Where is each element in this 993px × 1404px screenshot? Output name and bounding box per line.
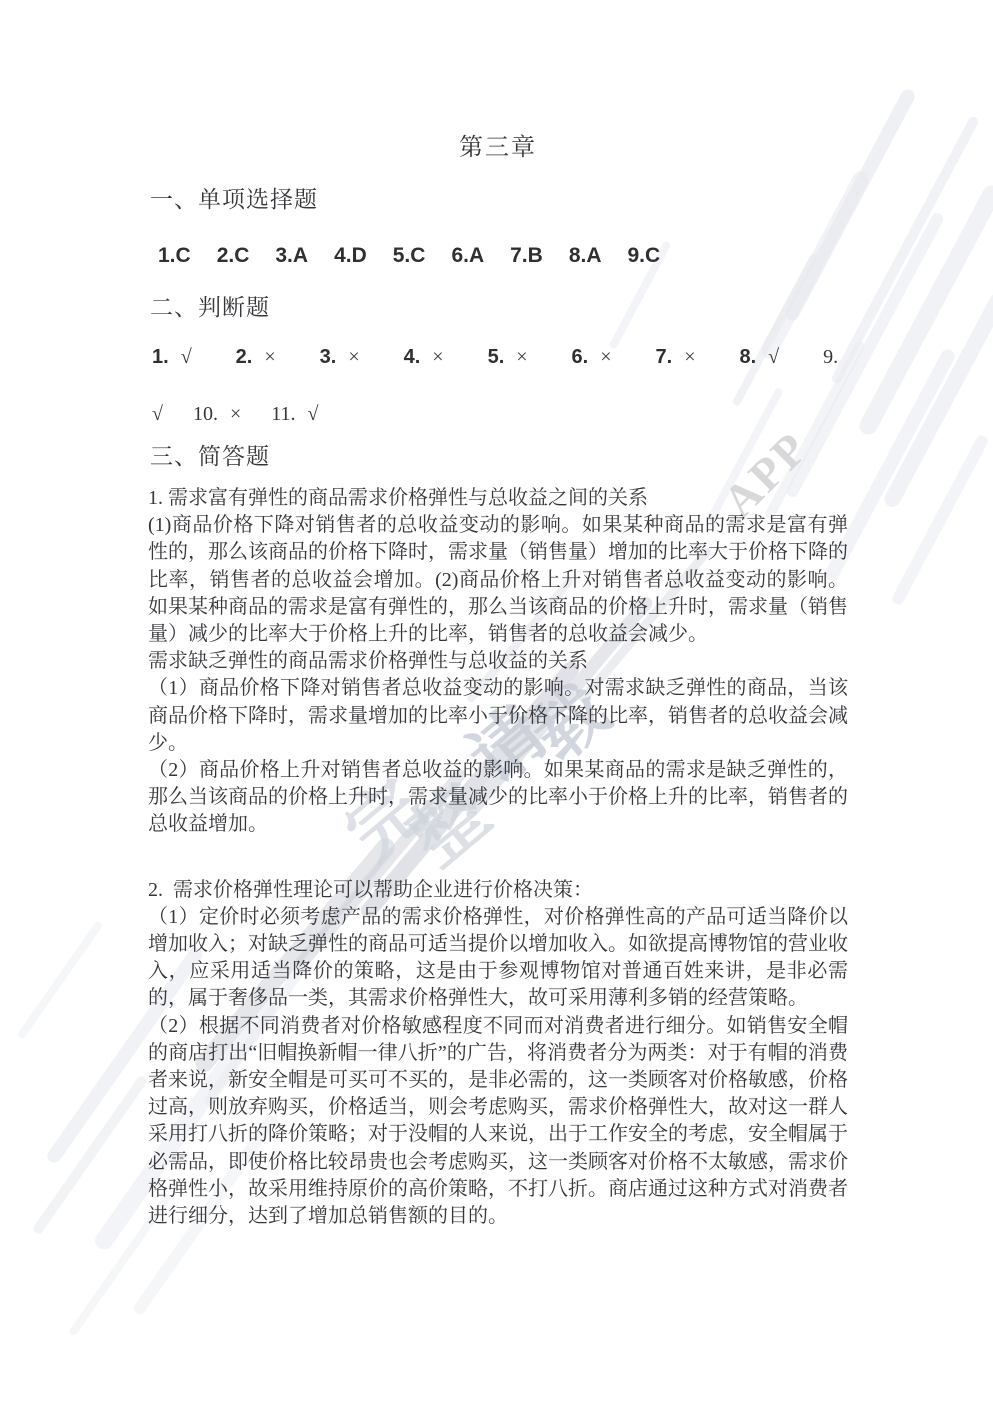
tf-answer: 6.× (572, 343, 612, 371)
tf-number: 6. (572, 343, 589, 371)
tf-answer: √ (152, 400, 163, 428)
mc-answer: 5.C (393, 242, 426, 270)
paragraph: 1. 需求富有弹性的商品需求价格弹性与总收益之间的关系 (148, 485, 848, 512)
cross-mark: × (348, 343, 359, 371)
true-false-answers-line2: √10.×11.√ (152, 400, 848, 428)
tf-number: 8. (739, 343, 756, 371)
tf-number: 9. (823, 343, 838, 371)
cross-mark: × (264, 343, 275, 371)
tf-number: 5. (488, 343, 505, 371)
paragraph: （1）定价时必须考虑产品的需求价格弹性，对价格弹性高的产品可适当降价以增加收入；… (148, 904, 848, 1013)
mc-answer: 2.C (217, 242, 250, 270)
document-content: 第三章 一、单项选择题 1.C2.C3.A4.D5.C6.A7.B8.A9.C … (148, 0, 848, 1230)
cross-mark: × (684, 343, 695, 371)
multiple-choice-answers: 1.C2.C3.A4.D5.C6.A7.B8.A9.C (158, 242, 848, 270)
true-false-answers-line1: 1.√2.×3.×4.×5.×6.×7.×8.√9. (152, 343, 848, 371)
tf-number: 11. (271, 400, 295, 428)
mc-answer: 4.D (334, 242, 367, 270)
paragraph: 2. 需求价格弹性理论可以帮助企业进行价格决策： (148, 877, 848, 904)
watermark-streak (17, 920, 104, 1039)
cross-mark: × (432, 343, 443, 371)
paragraph: （1）商品价格下降对销售者总收益变动的影响。对需求缺乏弹性的商品，当该商品价格下… (148, 675, 848, 757)
cross-mark: × (600, 343, 611, 371)
mc-answer: 3.A (275, 242, 308, 270)
mc-answer: 8.A (569, 242, 602, 270)
tf-number: 2. (236, 343, 253, 371)
watermark-streak (882, 290, 993, 509)
paragraph: （2）商品价格上升对销售者总收益的影响。如果某商品的需求是缺乏弹性的，那么当该商… (148, 757, 848, 839)
tf-number: 10. (193, 400, 218, 428)
section-heading-true-false: 二、判断题 (150, 293, 848, 323)
chapter-title: 第三章 (148, 133, 848, 163)
tf-number: 1. (152, 343, 169, 371)
mc-answer: 1.C (158, 242, 191, 270)
tf-answer: 9. (823, 343, 838, 371)
section-heading-multiple-choice: 一、单项选择题 (150, 185, 848, 215)
tf-answer: 2.× (236, 343, 276, 371)
check-mark: √ (152, 400, 163, 428)
short-answer-body: 1. 需求富有弹性的商品需求价格弹性与总收益之间的关系(1)商品价格下降对销售者… (148, 485, 848, 1230)
tf-answer: 10.× (193, 400, 241, 428)
tf-answer: 4.× (404, 343, 444, 371)
cross-mark: × (230, 400, 241, 428)
section-heading-short-answer: 三、简答题 (150, 442, 848, 472)
cross-mark: × (516, 343, 527, 371)
mc-answer: 6.A (451, 242, 484, 270)
document-page: 完整请载APP 第三章 一、单项选择题 1.C2.C3.A4.D5.C6.A7.… (0, 0, 993, 1404)
check-mark: √ (308, 400, 319, 428)
tf-number: 3. (320, 343, 337, 371)
tf-answer: 3.× (320, 343, 360, 371)
tf-answer: 7.× (656, 343, 696, 371)
tf-answer: 8.√ (739, 343, 779, 371)
paragraph: 需求缺乏弹性的商品需求价格弹性与总收益的关系 (148, 648, 848, 675)
paragraph: （2）根据不同消费者对价格敏感程度不同而对消费者进行细分。如销售安全帽的商店打出… (148, 1013, 848, 1231)
tf-number: 4. (404, 343, 421, 371)
mc-answer: 9.C (628, 242, 661, 270)
tf-answer: 5.× (488, 343, 528, 371)
tf-number: 7. (656, 343, 673, 371)
check-mark: √ (768, 343, 779, 371)
paragraph: (1)商品价格下降对销售者的总收益变动的影响。如果某种商品的需求是富有弹性的，那… (148, 512, 848, 648)
tf-answer: 11.√ (271, 400, 318, 428)
mc-answer: 7.B (510, 242, 543, 270)
check-mark: √ (181, 343, 192, 371)
tf-answer: 1.√ (152, 343, 192, 371)
